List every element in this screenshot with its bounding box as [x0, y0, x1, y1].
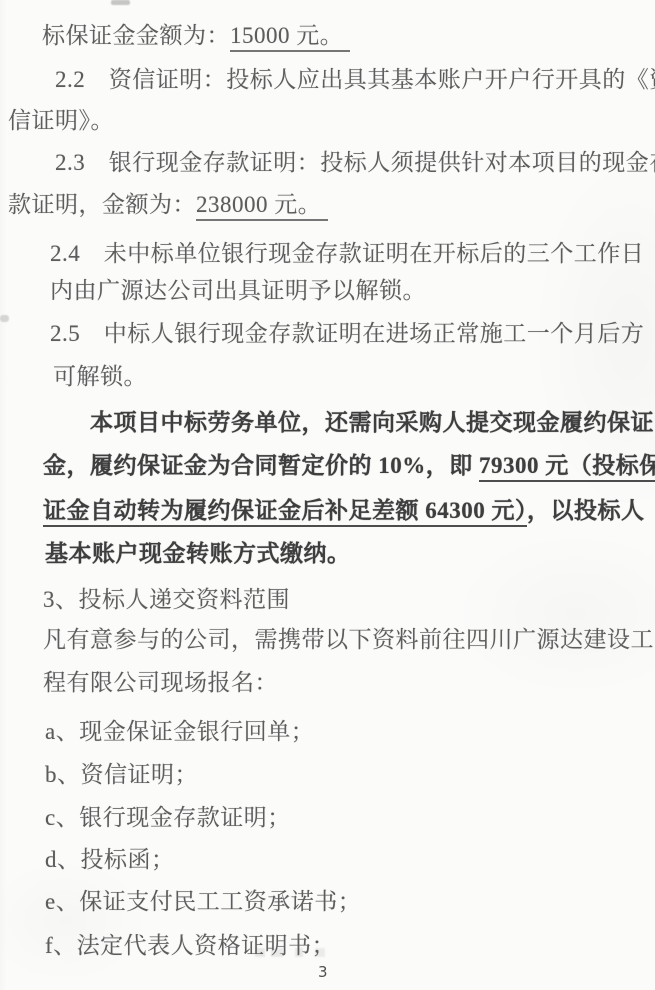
text-segment: 2.4 未中标单位银行现金存款证明在开标后的三个工作日 [50, 241, 644, 266]
doc-line-payment-method: 基本账户现金转账方式缴纳。 [45, 540, 351, 569]
doc-line-section-3-intro-cont: 程有限公司现场报名： [43, 669, 278, 698]
doc-line-item-f: f、法定代表人资格证明书； [45, 932, 335, 961]
text-segment: 凡有意参与的公司，需携带以下资料前往四川广源达建设工 [43, 627, 654, 652]
text-segment: d、投标函； [45, 847, 175, 872]
text-segment: 标保证金金额为： [42, 23, 230, 48]
doc-line-2-5: 2.5 中标人银行现金存款证明在进场正常施工一个月后方 [50, 320, 644, 349]
doc-line-item-e: e、保证支付民工工资承诺书； [45, 888, 361, 917]
text-segment: c、银行现金存款证明； [45, 805, 291, 830]
scan-speck [0, 315, 9, 322]
scanned-document-page: 标保证金金额为：15000 元。 2.2 资信证明：投标人应出具其基本账户开户行… [0, 0, 655, 990]
doc-line-2-4: 2.4 未中标单位银行现金存款证明在开标后的三个工作日 [50, 240, 644, 269]
text-segment: f、法定代表人资格证明书； [45, 933, 335, 958]
text-segment: 2.5 中标人银行现金存款证明在进场正常施工一个月后方 [50, 321, 644, 346]
text-segment: 2.3 银行现金存款证明：投标人须提供针对本项目的现金存 [55, 150, 655, 175]
doc-line-2-4-cont: 内由广源达公司出具证明予以解锁。 [50, 277, 426, 306]
underlined-value: 证金自动转为履约保证金后补足差额 64300 元） [43, 498, 527, 527]
doc-line-2-3-cont: 款证明，金额为：238000 元。 [8, 191, 328, 220]
doc-line-2-3: 2.3 银行现金存款证明：投标人须提供针对本项目的现金存 [55, 149, 655, 178]
text-segment: 程有限公司现场报名： [43, 670, 278, 695]
text-segment: 基本账户现金转账方式缴纳。 [45, 541, 351, 566]
doc-line-2-2-cont: 信证明》。 [8, 107, 114, 136]
doc-line-item-d: d、投标函； [45, 846, 175, 875]
text-segment: 信证明》。 [8, 108, 114, 133]
text-segment: 本项目中标劳务单位，还需向采购人提交现金履约保证 [90, 410, 654, 435]
text-segment: 内由广源达公司出具证明予以解锁。 [50, 278, 426, 303]
doc-line-item-b: b、资信证明； [45, 761, 198, 790]
text-segment: 3、投标人递交资料范围 [43, 587, 290, 612]
text-segment: e、保证支付民工工资承诺书； [45, 889, 361, 914]
text-segment: 可解锁。 [53, 364, 147, 389]
text-segment: 款证明，金额为： [8, 192, 196, 217]
page-number: 3 [318, 963, 328, 981]
doc-line-section-3-intro: 凡有意参与的公司，需携带以下资料前往四川广源达建设工 [43, 626, 654, 655]
doc-line-2-2: 2.2 资信证明：投标人应出具其基本账户开户行开具的《资 [55, 66, 655, 95]
doc-line-performance-bond-amount: 金，履约保证金为合同暂定价的 10%，即 79300 元（投标保 [43, 452, 655, 481]
text-segment: 金，履约保证金为合同暂定价的 10%，即 [43, 453, 479, 478]
doc-line-item-c: c、银行现金存款证明； [45, 804, 291, 833]
doc-line-2-5-cont: 可解锁。 [53, 363, 147, 392]
text-segment: 2.2 资信证明：投标人应出具其基本账户开户行开具的《资 [55, 67, 655, 92]
doc-line-item-a: a、现金保证金银行回单； [45, 718, 314, 747]
underlined-value: 15000 元。 [230, 23, 350, 52]
doc-line-deposit-amount: 标保证金金额为：15000 元。 [42, 22, 350, 51]
doc-line-performance-bond: 本项目中标劳务单位，还需向采购人提交现金履约保证 [90, 409, 654, 438]
text-segment: a、现金保证金银行回单； [45, 719, 314, 744]
doc-line-section-3-heading: 3、投标人递交资料范围 [43, 586, 290, 615]
text-segment: b、资信证明； [45, 762, 198, 787]
underlined-value: 238000 元。 [196, 192, 328, 221]
underlined-value: 79300 元（投标保 [479, 453, 655, 482]
doc-line-performance-bond-diff: 证金自动转为履约保证金后补足差额 64300 元），以投标人 [43, 497, 645, 526]
text-segment: ，以投标人 [527, 498, 645, 523]
scan-smudge [111, 0, 130, 5]
